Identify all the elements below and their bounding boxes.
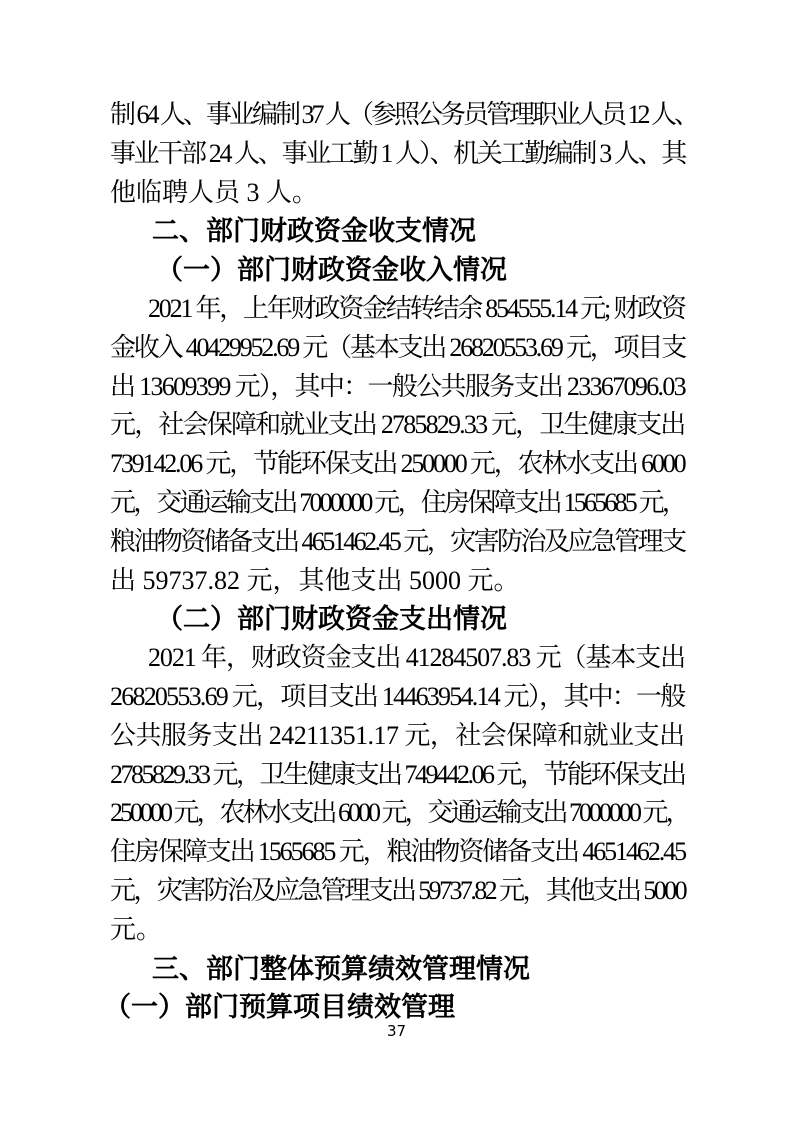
text-run: 739142.06 元，节能环保支出 250000 元，农林水支出 6000	[110, 445, 685, 484]
text-run: （二）部门财政资金支出情况	[156, 600, 507, 639]
para-expenditure-details-line-7: 元，灾害防治及应急管理支出 59737.82 元，其他支出 5000	[110, 872, 685, 911]
page-number: 37	[0, 1022, 793, 1041]
para-expenditure-details-line-5: 250000 元，农林水支出 6000 元，交通运输支出 7000000 元，	[110, 794, 685, 833]
heading-2-2-expenditure-line-1: （二）部门财政资金支出情况	[110, 600, 685, 639]
para-income-details-line-5: 739142.06 元，节能环保支出 250000 元，农林水支出 6000	[110, 445, 685, 484]
text-run: 出 13609399 元），其中：一般公共服务支出 23367096.03	[110, 368, 685, 407]
text-run: 住房保障支出 1565685 元，粮油物资储备支出 4651462.45	[110, 833, 685, 872]
text-run: 三、部门整体预算绩效管理情况	[152, 950, 530, 989]
text-run: 26820553.69 元，项目支出 14463954.14 元），其中：一般	[110, 678, 685, 717]
para-income-details-line-2: 金收入 40429952.69 元（基本支出 26820553.69 元，项目支	[110, 329, 685, 368]
heading-2-1-income-line-1: （一）部门财政资金收入情况	[110, 251, 685, 290]
heading-2-2-expenditure: （二）部门财政资金支出情况	[110, 600, 685, 639]
text-run: 事业干部 24 人、事业工勤 1 人）、机关工勤编制 3 人、其	[110, 135, 685, 174]
para-expenditure-details: 2021 年，财政资金支出 41284507.83 元（基本支出26820553…	[110, 639, 685, 949]
para-income-details-line-3: 出 13609399 元），其中：一般公共服务支出 23367096.03	[110, 368, 685, 407]
heading-section-3-performance: 三、部门整体预算绩效管理情况	[110, 950, 685, 989]
para-income-details-line-7: 粮油物资储备支出 4651462.45 元，灾害防治及应急管理支	[110, 523, 685, 562]
para-income-details-line-8: 出 59737.82 元，其他支出 5000 元。	[110, 562, 685, 601]
para-expenditure-details-line-4: 2785829.33 元，卫生健康支出 749442.06 元，节能环保支出	[110, 756, 685, 795]
text-run: 元，交通运输支出 7000000 元，住房保障支出 1565685 元，	[110, 484, 685, 523]
heading-2-1-income: （一）部门财政资金收入情况	[110, 251, 685, 290]
text-run: 制 64 人、事业编制 37 人（参照公务员管理职业人员 12 人、	[110, 96, 697, 135]
text-run: 2785829.33 元，卫生健康支出 749442.06 元，节能环保支出	[110, 756, 685, 795]
text-run: 他临聘人员 3 人。	[110, 174, 318, 213]
para-staff-establishment-continued: 制 64 人、事业编制 37 人（参照公务员管理职业人员 12 人、事业干部 2…	[110, 96, 685, 212]
heading-section-2-funds-overview: 二、部门财政资金收支情况	[110, 212, 685, 251]
text-run: （一）部门财政资金收入情况	[156, 251, 507, 290]
para-income-details-line-6: 元，交通运输支出 7000000 元，住房保障支出 1565685 元，	[110, 484, 685, 523]
text-run: 250000 元，农林水支出 6000 元，交通运输支出 7000000 元，	[110, 794, 689, 833]
text-run: 2021 年，财政资金支出 41284507.83 元（基本支出	[148, 639, 685, 678]
heading-section-2-funds-overview-line-1: 二、部门财政资金收支情况	[110, 212, 685, 251]
para-staff-establishment-continued-line-3: 他临聘人员 3 人。	[110, 174, 685, 213]
document-body: 制 64 人、事业编制 37 人（参照公务员管理职业人员 12 人、事业干部 2…	[110, 96, 685, 1027]
text-run: 元，灾害防治及应急管理支出 59737.82 元，其他支出 5000	[110, 872, 685, 911]
document-page: 制 64 人、事业编制 37 人（参照公务员管理职业人员 12 人、事业干部 2…	[0, 0, 793, 1122]
para-expenditure-details-line-3: 公共服务支出 24211351.17 元，社会保障和就业支出	[110, 717, 685, 756]
heading-section-3-performance-line-1: 三、部门整体预算绩效管理情况	[110, 950, 685, 989]
para-income-details-line-4: 元，社会保障和就业支出 2785829.33 元，卫生健康支出	[110, 406, 685, 445]
para-staff-establishment-continued-line-2: 事业干部 24 人、事业工勤 1 人）、机关工勤编制 3 人、其	[110, 135, 685, 174]
text-run: 元。	[110, 911, 162, 950]
para-income-details: 2021 年，上年财政资金结转结余 854555.14 元; 财政资金收入 40…	[110, 290, 685, 600]
para-expenditure-details-line-6: 住房保障支出 1565685 元，粮油物资储备支出 4651462.45	[110, 833, 685, 872]
text-run: 金收入 40429952.69 元（基本支出 26820553.69 元，项目支	[110, 329, 685, 368]
para-expenditure-details-line-1: 2021 年，财政资金支出 41284507.83 元（基本支出	[110, 639, 685, 678]
text-run: 公共服务支出 24211351.17 元，社会保障和就业支出	[110, 717, 685, 756]
text-run: 出 59737.82 元，其他支出 5000 元。	[110, 562, 520, 601]
text-run: 粮油物资储备支出 4651462.45 元，灾害防治及应急管理支	[110, 523, 685, 562]
text-run: 二、部门财政资金收支情况	[152, 212, 476, 251]
para-expenditure-details-line-8: 元。	[110, 911, 685, 950]
para-expenditure-details-line-2: 26820553.69 元，项目支出 14463954.14 元），其中：一般	[110, 678, 685, 717]
para-staff-establishment-continued-line-1: 制 64 人、事业编制 37 人（参照公务员管理职业人员 12 人、	[110, 96, 685, 135]
text-run: 元，社会保障和就业支出 2785829.33 元，卫生健康支出	[110, 406, 685, 445]
text-run: 2021 年，上年财政资金结转结余 854555.14 元; 财政资	[148, 290, 685, 329]
para-income-details-line-1: 2021 年，上年财政资金结转结余 854555.14 元; 财政资	[110, 290, 685, 329]
